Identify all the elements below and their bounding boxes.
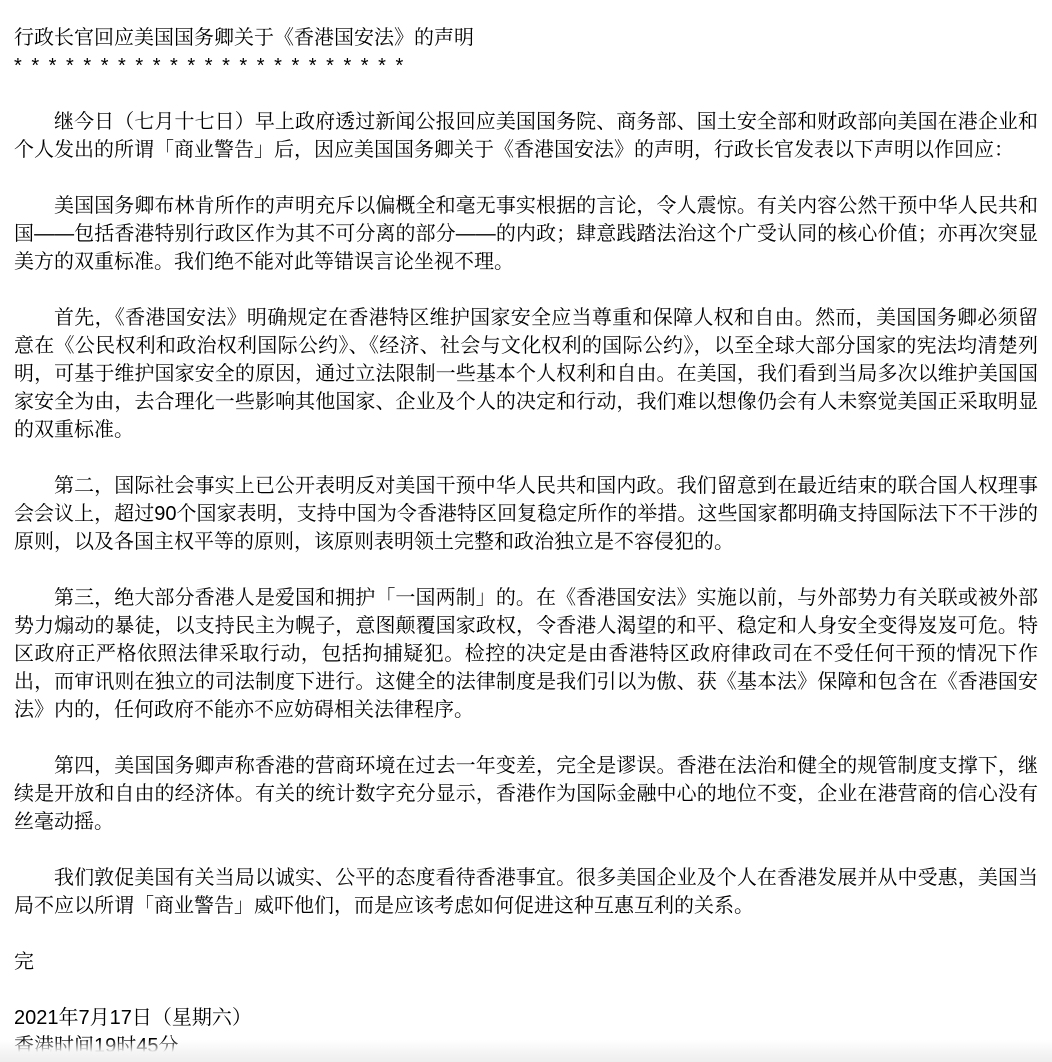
end-mark: 完 (14, 948, 1038, 976)
release-datetime: 2021年7月17日（星期六） 香港时间19时45分 (14, 1004, 1038, 1060)
paragraph-statement-opening: 美国国务卿布林肯所作的声明充斥以偏概全和毫无事实根据的言论，令人震惊。有关内容公… (14, 192, 1038, 276)
release-time: 香港时间19时45分 (14, 1032, 1038, 1060)
asterisk-separator: * * * * * * * * * * * * * * * * * * * * … (14, 52, 1038, 80)
paragraph-point-second: 第二，国际社会事实上已公开表明反对美国干预中华人民共和国内政。我们留意到在最近结… (14, 472, 1038, 556)
paragraph-intro: 继今日（七月十七日）早上政府透过新闻公报回应美国国务院、商务部、国土安全部和财政… (14, 108, 1038, 164)
paragraph-point-first: 首先，《香港国安法》明确规定在香港特区维护国家安全应当尊重和保障人权和自由。然而… (14, 304, 1038, 444)
press-release-title: 行政长官回应美国国务卿关于《香港国安法》的声明 (14, 24, 1038, 52)
paragraph-closing: 我们敦促美国有关当局以诚实、公平的态度看待香港事宜。很多美国企业及个人在香港发展… (14, 864, 1038, 920)
paragraph-point-fourth: 第四，美国国务卿声称香港的营商环境在过去一年变差，完全是谬误。香港在法治和健全的… (14, 752, 1038, 836)
paragraph-point-third: 第三，绝大部分香港人是爱国和拥护「一国两制」的。在《香港国安法》实施以前，与外部… (14, 584, 1038, 724)
press-release-document: 行政长官回应美国国务卿关于《香港国安法》的声明 * * * * * * * * … (0, 0, 1052, 1060)
release-date: 2021年7月17日（星期六） (14, 1004, 1038, 1032)
